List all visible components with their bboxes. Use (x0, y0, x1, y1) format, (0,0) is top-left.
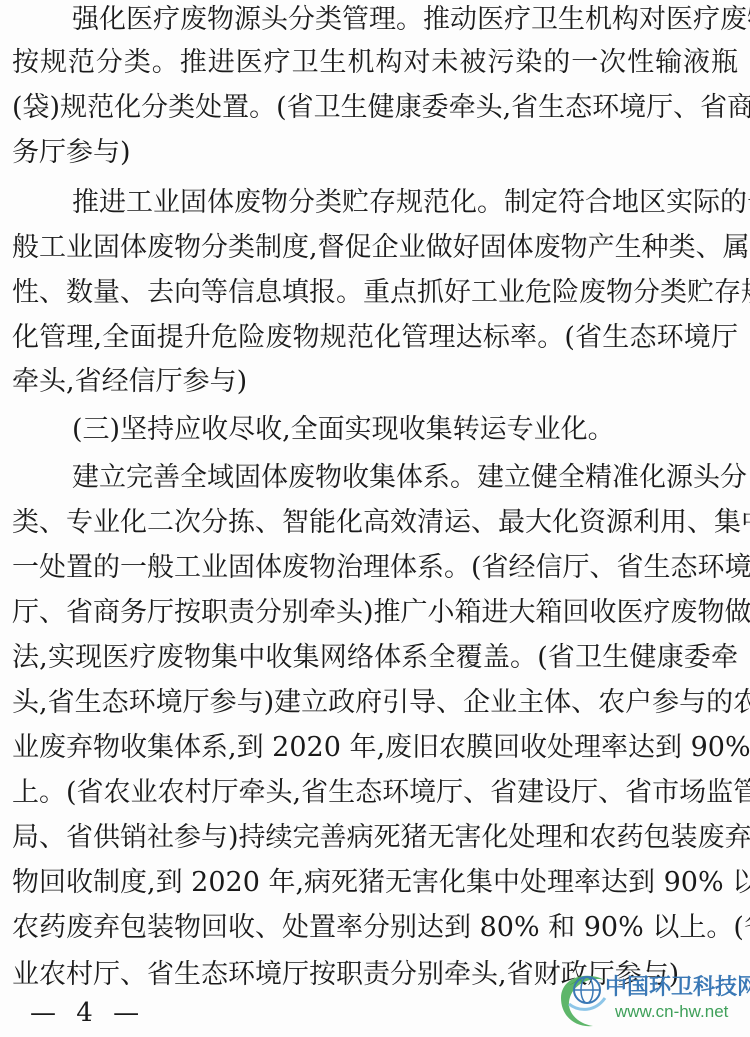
page-number: — 4 — (30, 995, 145, 1031)
text-line: 类、专业化二次分拣、智能化高效清运、最大化资源利用、集中化统 (12, 503, 738, 543)
text-line: 化管理,全面提升危险废物规范化管理达标率。(省生态环境厅 (12, 318, 738, 358)
text-line: 性、数量、去向等信息填报。重点抓好工业危险废物分类贮存规范 (12, 273, 738, 313)
text-line: 上。(省农业农村厅牵头,省生态环境厅、省建设厅、省市场监管 (12, 773, 738, 813)
text-line: 强化医疗废物源头分类管理。推动医疗卫生机构对医疗废物 (72, 0, 738, 40)
section-heading: (三)坚持应收尽收,全面实现收集转运专业化。 (72, 410, 738, 450)
text-line: 业废弃物收集体系,到 2020 年,废旧农膜回收处理率达到 90% 以 (12, 728, 738, 768)
text-line: 一处置的一般工业固体废物治理体系。(省经信厅、省生态环境 (12, 548, 738, 588)
text-line: 农药废弃包装物回收、处置率分别达到 80% 和 90% 以上。(省农 (12, 908, 738, 948)
text-line: (袋)规范化分类处置。(省卫生健康委牵头,省生态环境厅、省商 (12, 88, 738, 128)
watermark-url: www.cn-hw.net (615, 1002, 728, 1022)
text-line: 按规范分类。推进医疗卫生机构对未被污染的一次性输液瓶 (12, 43, 738, 83)
text-line: 般工业固体废物分类制度,督促企业做好固体废物产生种类、属 (12, 228, 738, 268)
text-line: 头,省生态环境厅参与)建立政府引导、企业主体、农户参与的农 (12, 683, 738, 723)
text-line: 推进工业固体废物分类贮存规范化。制定符合地区实际的一 (72, 183, 738, 223)
watermark-title: 中国环卫科技网 (605, 970, 750, 1001)
text-line: 厅、省商务厅按职责分别牵头)推广小箱进大箱回收医疗废物做 (12, 593, 738, 633)
text-line: 法,实现医疗废物集中收集网络体系全覆盖。(省卫生健康委牵 (12, 638, 738, 678)
text-line: 务厅参与) (12, 133, 738, 173)
text-line: 牵头,省经信厅参与) (12, 362, 738, 402)
text-line: 局、省供销社参与)持续完善病死猪无害化处理和农药包装废弃 (12, 818, 738, 858)
watermark: 中国环卫科技网 www.cn-hw.net (555, 968, 745, 1030)
text-line: 建立完善全域固体废物收集体系。建立健全精准化源头分 (72, 458, 738, 498)
text-line: 物回收制度,到 2020 年,病死猪无害化集中处理率达到 90% 以上, (12, 863, 738, 903)
